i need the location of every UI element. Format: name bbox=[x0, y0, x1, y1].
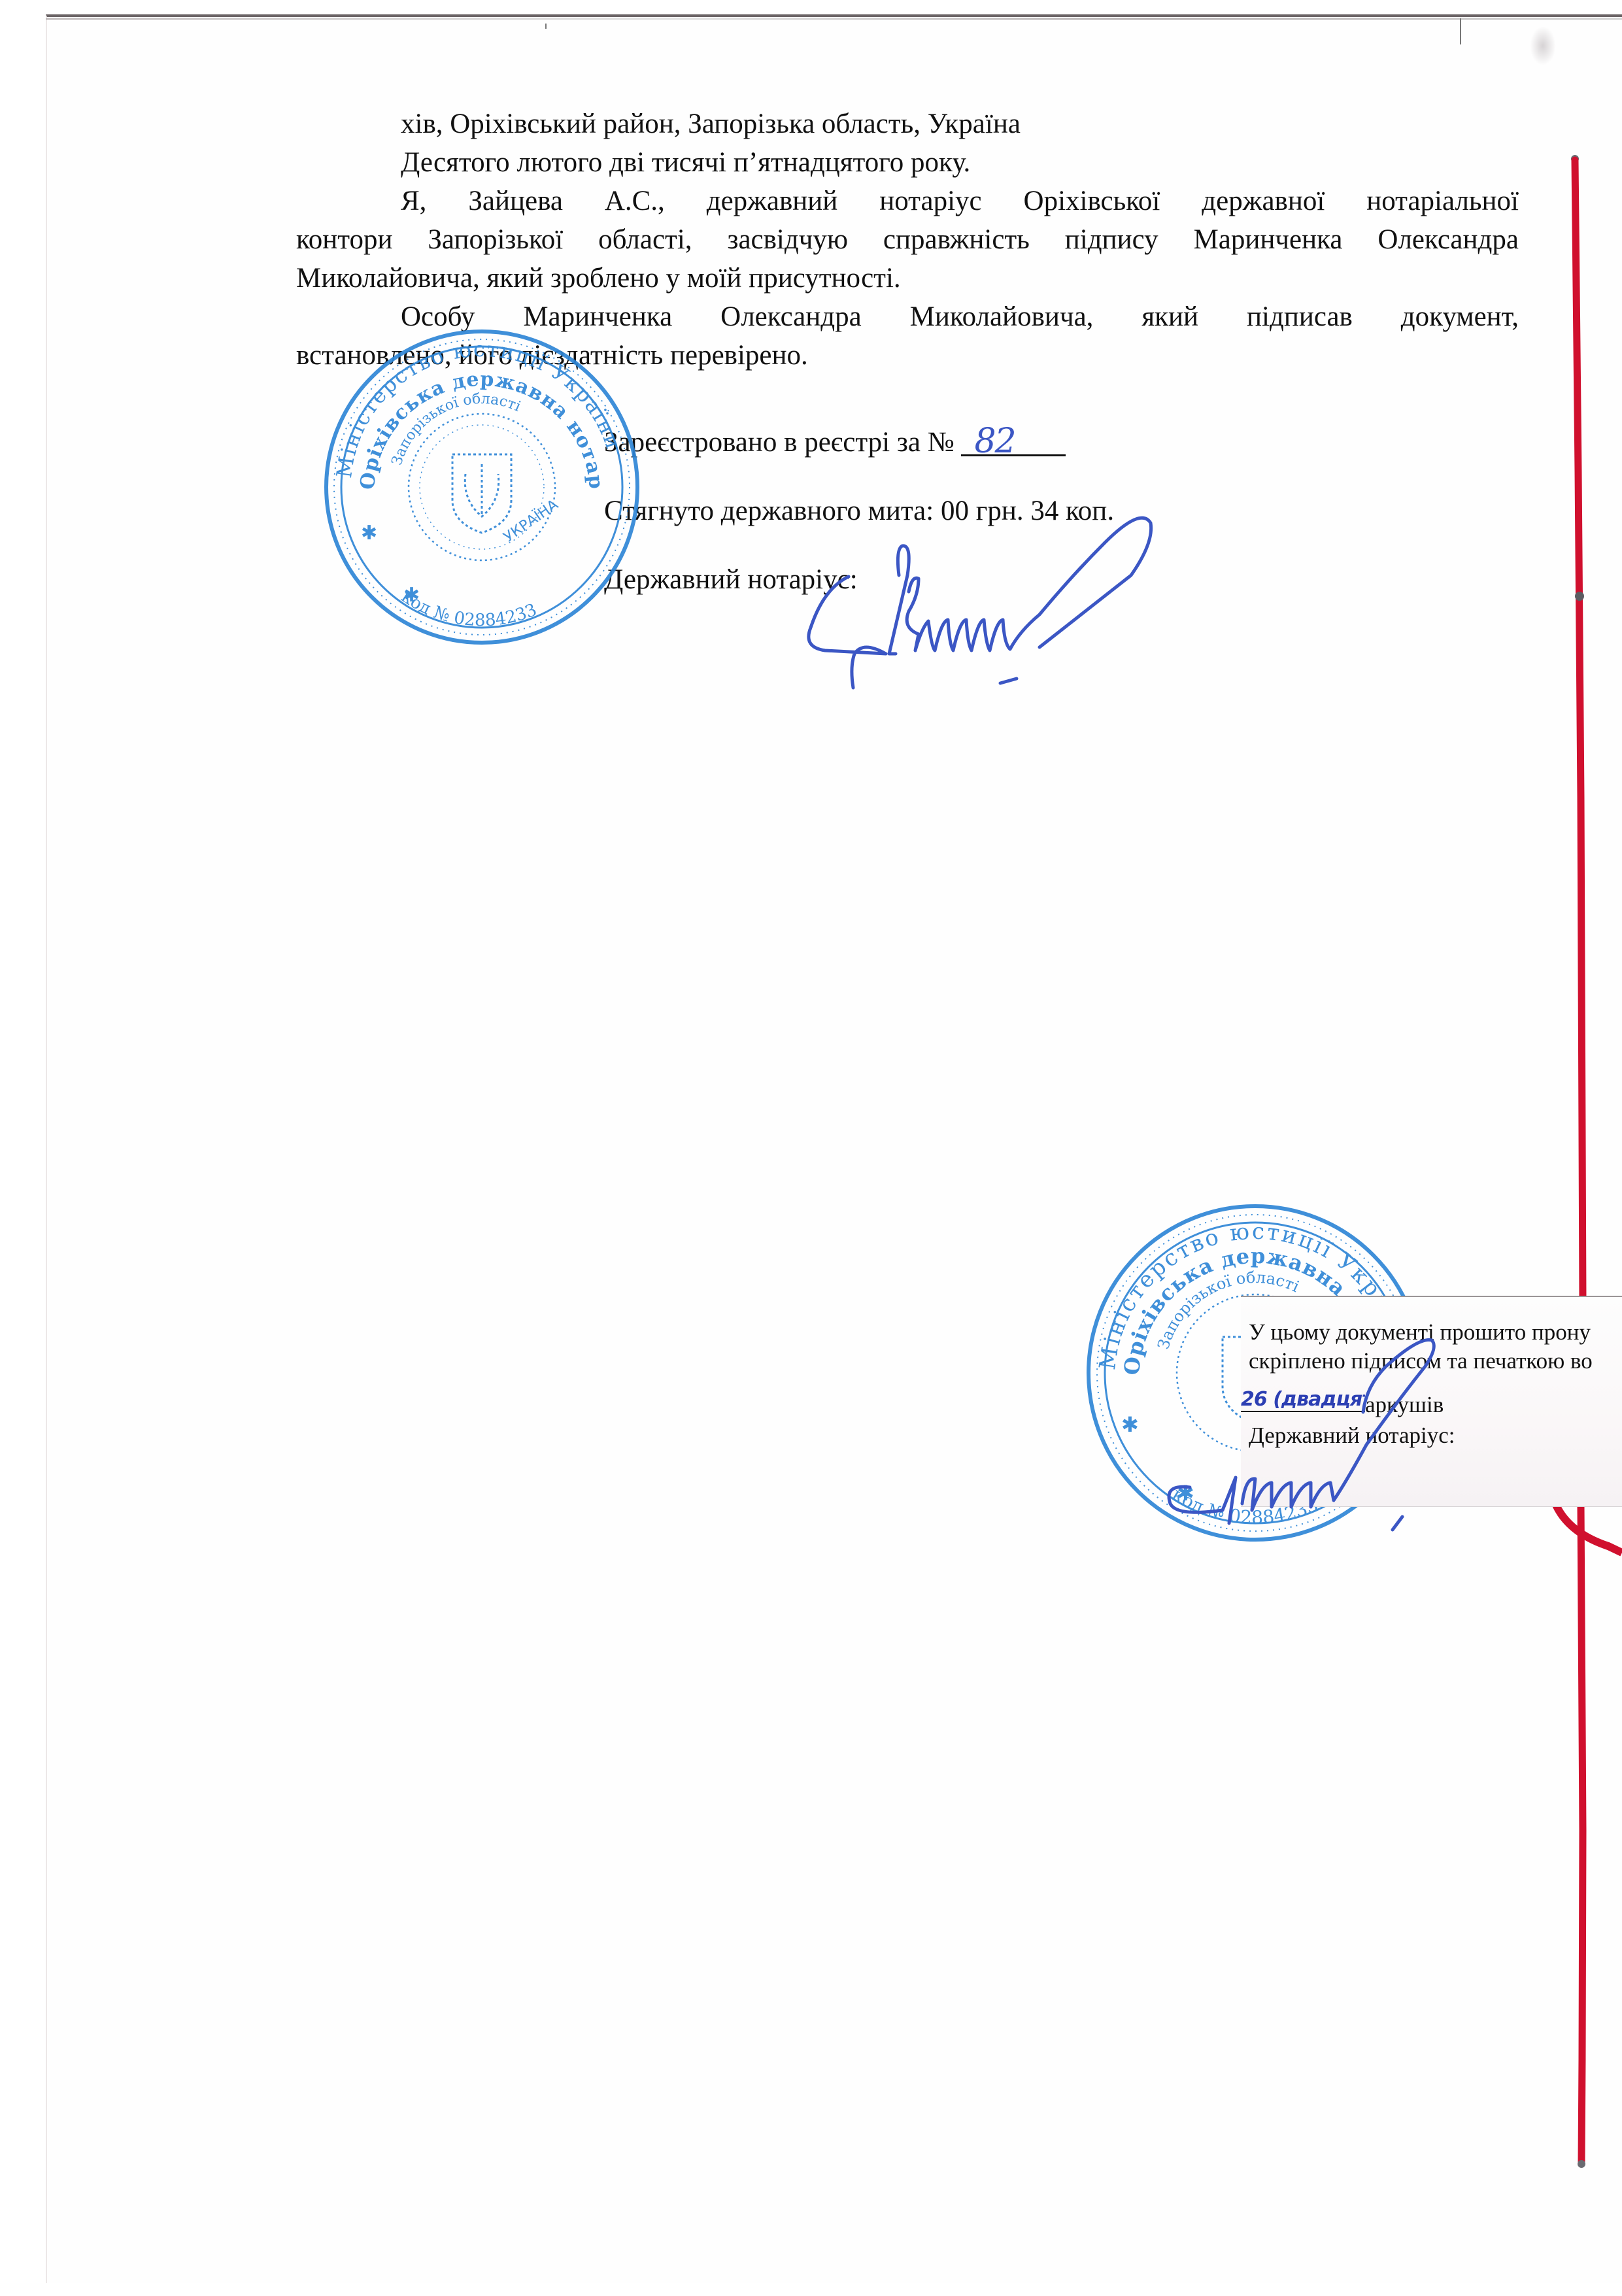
certification-line-3: Миколайовича, який зроблено у моїй прису… bbox=[296, 259, 1519, 297]
identity-line-1: Особу Маринченка Олександра Миколайовича… bbox=[296, 297, 1519, 336]
binding-label-line-1: У цьому документі прошито прону bbox=[1249, 1318, 1591, 1347]
binding-notary-label: Державний нотаріус: bbox=[1249, 1421, 1455, 1450]
notary-label: Державний нотаріус: bbox=[604, 566, 1114, 594]
scan-smudge bbox=[1530, 26, 1556, 65]
sheets-count-handwritten: 26 (двадцять шість) bbox=[1241, 1389, 1365, 1412]
binding-label-line-2: скріплено підписом та печаткою во bbox=[1249, 1347, 1593, 1376]
binding-label: У цьому документі прошито прону скріплен… bbox=[1241, 1296, 1622, 1506]
scan-artifact bbox=[1460, 18, 1461, 44]
duty-line: Стягнуто державного мита: 00 грн. 34 коп… bbox=[604, 497, 1114, 525]
page-top-edge bbox=[46, 18, 1622, 20]
date-line: Десятого лютого дві тисячі п’ятнадцятого… bbox=[296, 143, 1519, 182]
registry-line: Зареєстровано в реєстрі за № 82 bbox=[604, 428, 1114, 456]
registry-label: Зареєстровано в реєстрі за № bbox=[604, 427, 955, 458]
registry-block: Зареєстровано в реєстрі за № 82 Стягнуто… bbox=[604, 428, 1114, 634]
sheets-suffix: аркушів bbox=[1365, 1392, 1444, 1417]
certification-line-2: контори Запорізької області, засвідчую с… bbox=[296, 220, 1519, 259]
registry-number: 82 bbox=[961, 428, 1066, 456]
certification-line-1: Я, Зайцева А.С., державний нотаріус Оріх… bbox=[296, 182, 1519, 220]
scan-artifact bbox=[545, 24, 547, 29]
sheets-line: 26 (двадцять шість)аркушів bbox=[1241, 1389, 1444, 1419]
identity-line-2: встановлено, його дієздатність перевірен… bbox=[296, 336, 1519, 375]
certification-text: хів, Оріхівський район, Запорізька облас… bbox=[296, 105, 1519, 375]
place-line: хів, Оріхівський район, Запорізька облас… bbox=[296, 105, 1519, 143]
